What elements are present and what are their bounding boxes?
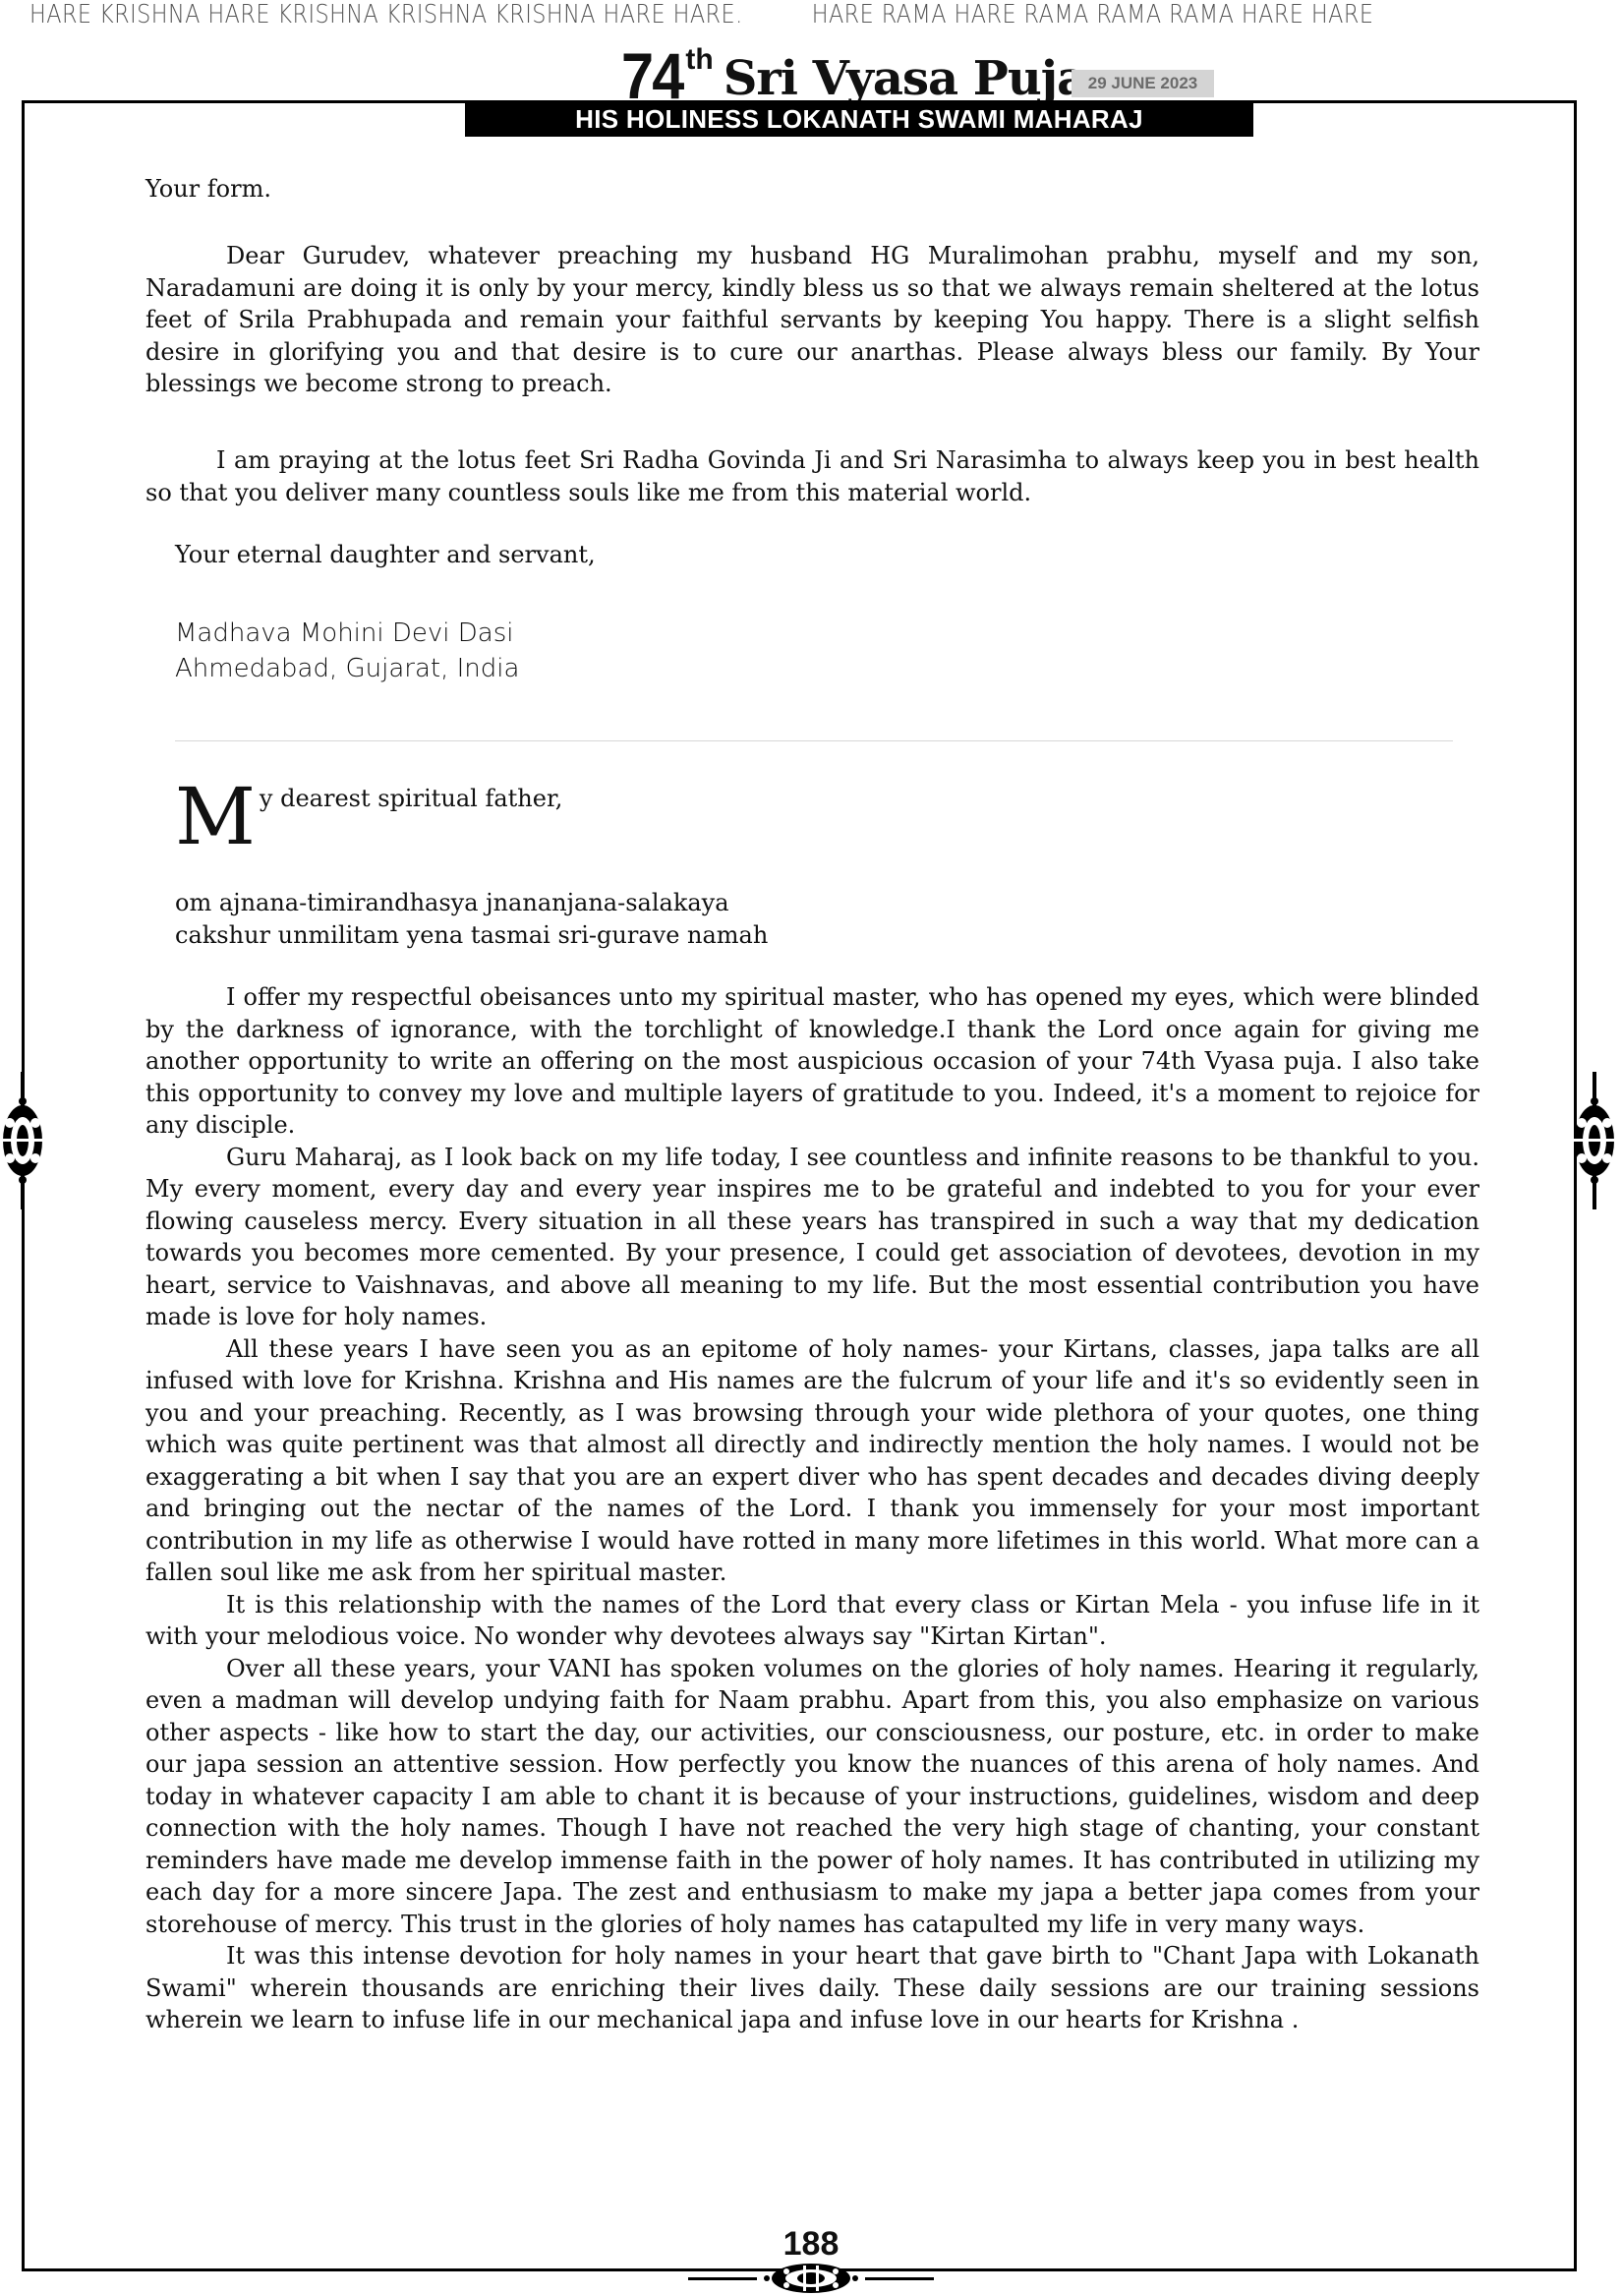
- page-number: 188: [0, 2224, 1622, 2264]
- mantra-header: HARE KRISHNA HARE KRISHNA KRISHNA KRISHN…: [29, 0, 1373, 31]
- edition-number: 74: [621, 45, 682, 106]
- opening-fragment: Your form.: [145, 173, 1479, 206]
- mantra-right: HARE RAMA HARE RAMA RAMA RAMA HARE HARE: [812, 0, 1374, 31]
- author-name: Madhava Mohini Devi Dasi: [175, 616, 1509, 651]
- offering-1-opening: Your form.: [145, 173, 1479, 206]
- salutation: M y dearest spiritual father,: [175, 783, 1509, 852]
- offering-1-body: Dear Gurudev, whatever preaching my husb…: [145, 240, 1479, 400]
- filigree-ornament-icon: [1570, 1072, 1619, 1209]
- verse-line-2: cakshur unmilitam yena tasmai sri-gurave…: [175, 919, 1509, 952]
- verse-line-1: om ajnana-timirandhasya jnananjana-salak…: [175, 887, 1509, 919]
- mantra-left: HARE KRISHNA HARE KRISHNA KRISHNA KRISHN…: [29, 0, 743, 31]
- dedication-banner: HIS HOLINESS LOKANATH SWAMI MAHARAJ: [465, 102, 1253, 137]
- author-location: Ahmedabad, Gujarat, India: [175, 651, 1509, 686]
- author-signature: Madhava Mohini Devi Dasi Ahmedabad, Guja…: [175, 616, 1509, 686]
- paragraph: I offer my respectful obeisances unto my…: [145, 981, 1479, 1142]
- paragraph: Dear Gurudev, whatever preaching my husb…: [145, 240, 1479, 400]
- paragraph: I am praying at the lotus feet Sri Radha…: [145, 444, 1479, 508]
- filigree-divider-icon: [688, 2262, 934, 2295]
- publication-title: 74 th Sri Vyasa Puja: [621, 37, 1086, 106]
- edition-suffix: th: [685, 43, 713, 77]
- paragraph: Guru Maharaj, as I look back on my life …: [145, 1142, 1479, 1333]
- paragraph: It is this relationship with the names o…: [145, 1589, 1479, 1653]
- paragraph: All these years I have seen you as an ep…: [145, 1333, 1479, 1589]
- offering-1-prayer: I am praying at the lotus feet Sri Radha…: [145, 444, 1479, 508]
- salutation-text: y dearest spiritual father,: [260, 785, 563, 812]
- sanskrit-verse: om ajnana-timirandhasya jnananjana-salak…: [175, 887, 1509, 951]
- filigree-ornament-icon: [0, 1072, 47, 1209]
- closing: Your eternal daughter and servant,: [175, 539, 1509, 571]
- date-badge: 29 JUNE 2023: [1072, 70, 1214, 97]
- offering-2-body: I offer my respectful obeisances unto my…: [145, 981, 1479, 2036]
- paragraph: Over all these years, your VANI has spok…: [145, 1653, 1479, 1941]
- section-divider: [175, 740, 1453, 741]
- paragraph: It was this intense devotion for holy na…: [145, 1940, 1479, 2036]
- title-text: Sri Vyasa Puja: [724, 51, 1086, 106]
- drop-cap: M: [175, 783, 256, 852]
